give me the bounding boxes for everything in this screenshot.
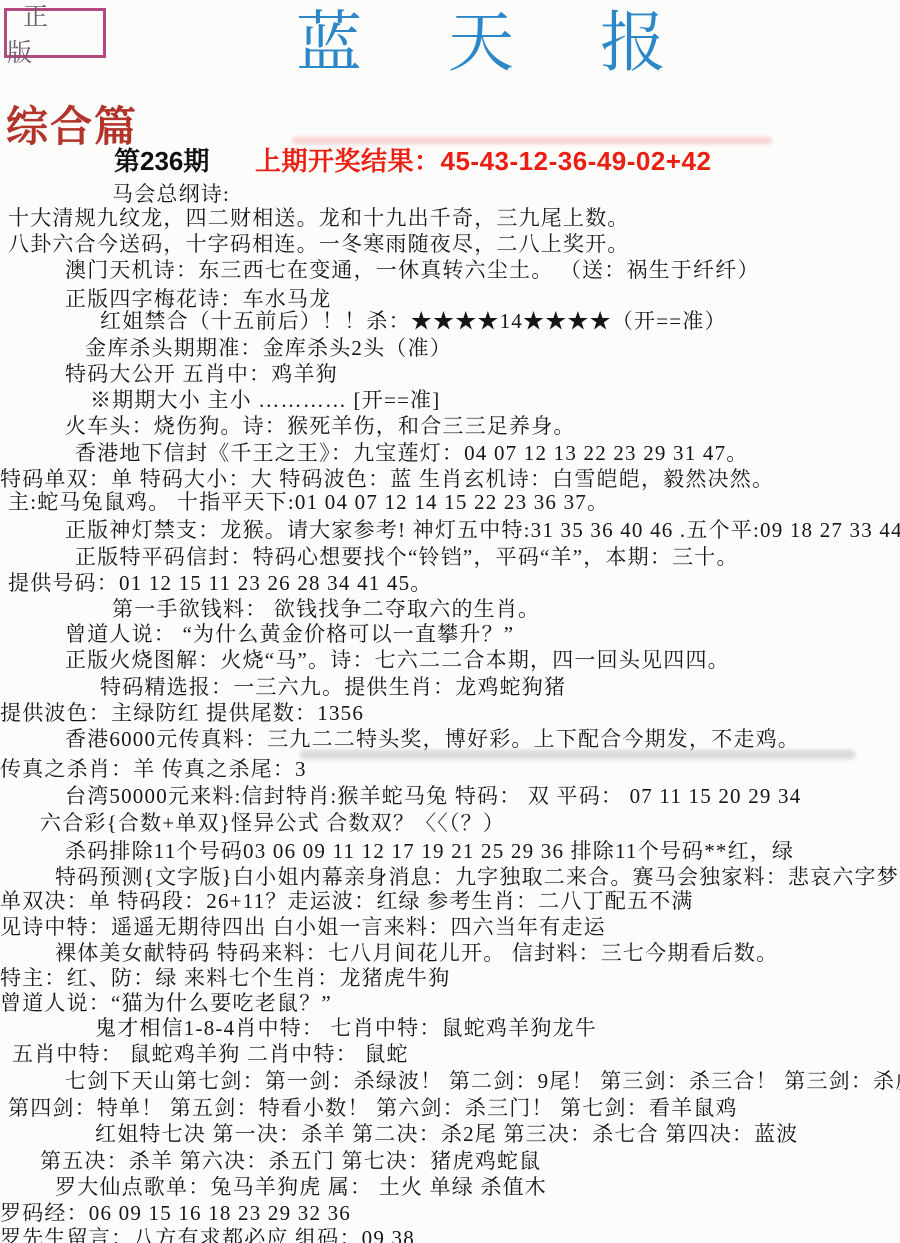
text-line: 特码大公开 五肖中：鸡羊狗: [65, 362, 338, 387]
edition-badge: 正 版: [4, 8, 106, 58]
text-line: 七剑下天山第七剑：第一剑：杀绿波！ 第二剑：9尾！ 第三剑：杀三合！ 第三剑：杀…: [65, 1069, 900, 1094]
text-line: 特码单双：单 特码大小：大 特码波色：蓝 生肖玄机诗：白雪皑皑，毅然决然。: [0, 467, 774, 492]
text-line: 第五决：杀羊 第六决：杀五门 第七决：猪虎鸡蛇鼠: [40, 1149, 541, 1174]
text-line: 罗大仙点歌单：兔马羊狗虎 属： 土火 单绿 杀值木: [55, 1175, 547, 1200]
text-line: 五肖中特： 鼠蛇鸡羊狗 二肖中特： 鼠蛇: [12, 1042, 409, 1067]
text-line: 澳门天机诗：东三西七在变通，一休真转六尘土。 （送：祸生于纤纤）: [65, 258, 760, 283]
text-line: 红姐禁合（十五前后）！！杀：★★★★14★★★★（开==准）: [100, 309, 727, 334]
text-line: 第四剑：特单！ 第五剑：特看小数！ 第六剑：杀三门！ 第七剑：看羊鼠鸡: [8, 1096, 738, 1121]
text-line: 六合彩{合数+单双}怪异公式 合数双？〈〈（？）: [40, 811, 505, 836]
text-line: 红姐特七决 第一决：杀羊 第二决：杀2尾 第三决：杀七合 第四决：蓝波: [95, 1122, 799, 1147]
text-line: 八卦六合今送码，十字码相连。一冬寒雨随夜尽，二八上奖开。: [8, 232, 630, 257]
text-line: 传真之杀肖：羊 传真之杀尾：3: [0, 757, 307, 782]
text-line: 正版火烧图解：火烧“马”。诗：七六二二合本期，四一回头见四四。: [65, 648, 730, 673]
text-line: 火车头：烧伤狗。诗：猴死羊伤，和合三三足养身。: [65, 414, 576, 439]
newspaper-page: 正 版 蓝天报 综合篇 第236期 上期开奖结果：45-43-12-36-49-…: [0, 0, 900, 1243]
text-line: 杀码排除11个号码03 06 09 11 12 17 19 21 25 29 3…: [65, 839, 794, 864]
text-line: 第一手欲钱料： 欲钱找争二夺取六的生肖。: [112, 597, 540, 622]
text-line: 罗先生留言：八方有求都必应 组码：09 38: [0, 1226, 415, 1243]
text-line: 正版特平码信封：特码心想要找个“铃铛”，平码“羊”，本期：三十。: [75, 545, 739, 570]
text-line: 曾道人说：“猫为什么要吃老鼠？”: [0, 991, 332, 1016]
page-title: 蓝天报: [296, 8, 752, 80]
text-line: 香港地下信封《千王之王》：九宝莲灯：04 07 12 13 22 23 29 3…: [75, 441, 749, 466]
last-draw-result: 上期开奖结果：45-43-12-36-49-02+42: [255, 141, 711, 178]
text-line: 金库杀头期期准：金库杀头2头（准）: [85, 336, 452, 361]
ink-smudge-red: [292, 137, 772, 144]
text-line: 马会总纲诗:: [112, 182, 230, 207]
text-line: 裸体美女献特码 特码来料：七八月间花儿开。 信封料：三七今期看后数。: [55, 941, 778, 966]
text-line: 鬼才相信1-8-4肖中特： 七肖中特：鼠蛇鸡羊狗龙牛: [95, 1016, 597, 1041]
text-line: 特码预测{文字版}白小姐内幕亲身消息：九字独取二来合。赛马会独家料：悲哀六字梦想…: [55, 865, 900, 890]
text-line: 特主：红、防：绿 来料七个生肖：龙猪虎牛狗: [0, 966, 450, 991]
text-line: 提供波色：主绿防红 提供尾数：1356: [0, 701, 364, 726]
text-line: 提供号码：01 12 15 11 23 26 28 34 41 45。: [8, 571, 432, 596]
text-line: 曾道人说： “为什么黄金价格可以一直攀升？”: [65, 622, 514, 647]
text-line: ※期期大小 主小 ………… [开==准]: [90, 388, 440, 413]
text-line: 特码精选报：一三六九。提供生肖：龙鸡蛇狗猪: [100, 675, 566, 700]
text-line: 单双决：单 特码段：26+11？走运波：红绿 参考生肖：二八丁配五不满: [0, 889, 694, 914]
text-line: 罗码经：06 09 15 16 18 23 29 32 36: [0, 1201, 351, 1226]
text-line: 见诗中特：遥遥无期待四出 白小姐一言来料：四六当年有走运: [0, 915, 606, 940]
text-line: 台湾50000元来料:信封特肖:猴羊蛇马兔 特码： 双 平码： 07 11 15…: [65, 784, 801, 809]
issue-number: 第236期: [114, 141, 209, 178]
text-line: 香港6000元传真料：三九二二特头奖，博好彩。上下配合今期发，不走鸡。: [65, 727, 800, 752]
text-line: 正版神灯禁支：龙猴。请大家参考! 神灯五中特:31 35 36 40 46 .五…: [65, 518, 900, 543]
text-line: 十大清规九纹龙，四二财相送。龙和十九出千奇，三九尾上数。: [8, 206, 630, 231]
text-line: 主:蛇马兔鼠鸡。 十指平天下:01 04 07 12 14 15 22 23 3…: [8, 490, 609, 515]
